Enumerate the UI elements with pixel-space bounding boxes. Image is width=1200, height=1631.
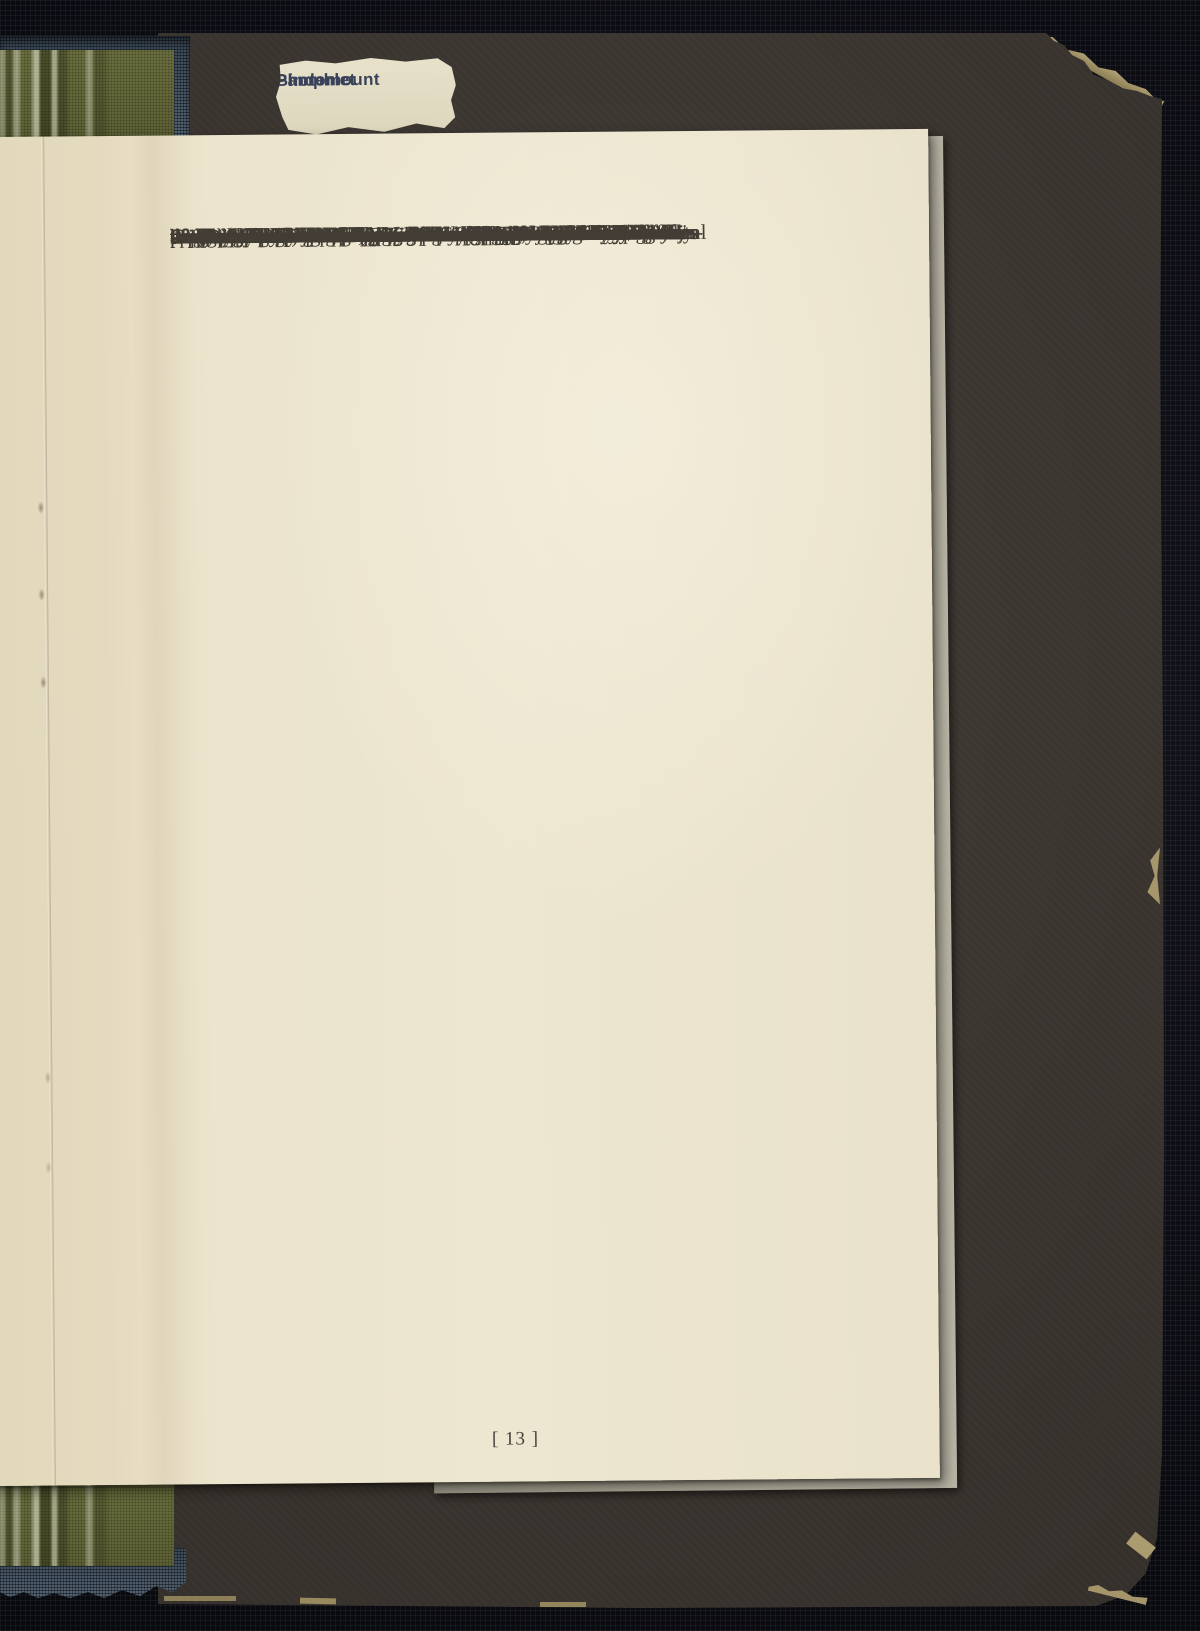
page-number: [ 13 ] <box>180 1426 850 1454</box>
sewing-stitch <box>43 1069 52 1087</box>
sewing-stitch <box>44 1159 53 1177</box>
pamphlet-page: ued at $1.92 the pound, yet the usual pr… <box>0 129 940 1486</box>
sewing-stitch <box>37 586 46 604</box>
text-line: product. The developers themselves have … <box>170 219 703 250</box>
sewing-stitch <box>36 499 45 517</box>
photo-of-bound-pamphlet-page: Photomount Pamphlet Binder ued at $1.92 … <box>0 0 1200 1631</box>
mount-edge-chip <box>300 1598 336 1605</box>
binding-tape-top <box>0 50 174 142</box>
label-line: Binder <box>276 69 332 91</box>
mount-edge-chip <box>540 1602 586 1607</box>
page-fold-crease <box>41 137 56 1486</box>
sewing-stitch <box>39 674 48 692</box>
binder-label-text: Photomount Pamphlet Binder <box>276 55 457 138</box>
binder-label: Photomount Pamphlet Binder <box>276 55 457 138</box>
mount-edge-chip <box>164 1596 236 1601</box>
binding-tape-bottom <box>0 1482 174 1566</box>
page-text: ued at $1.92 the pound, yet the usual pr… <box>170 218 840 224</box>
